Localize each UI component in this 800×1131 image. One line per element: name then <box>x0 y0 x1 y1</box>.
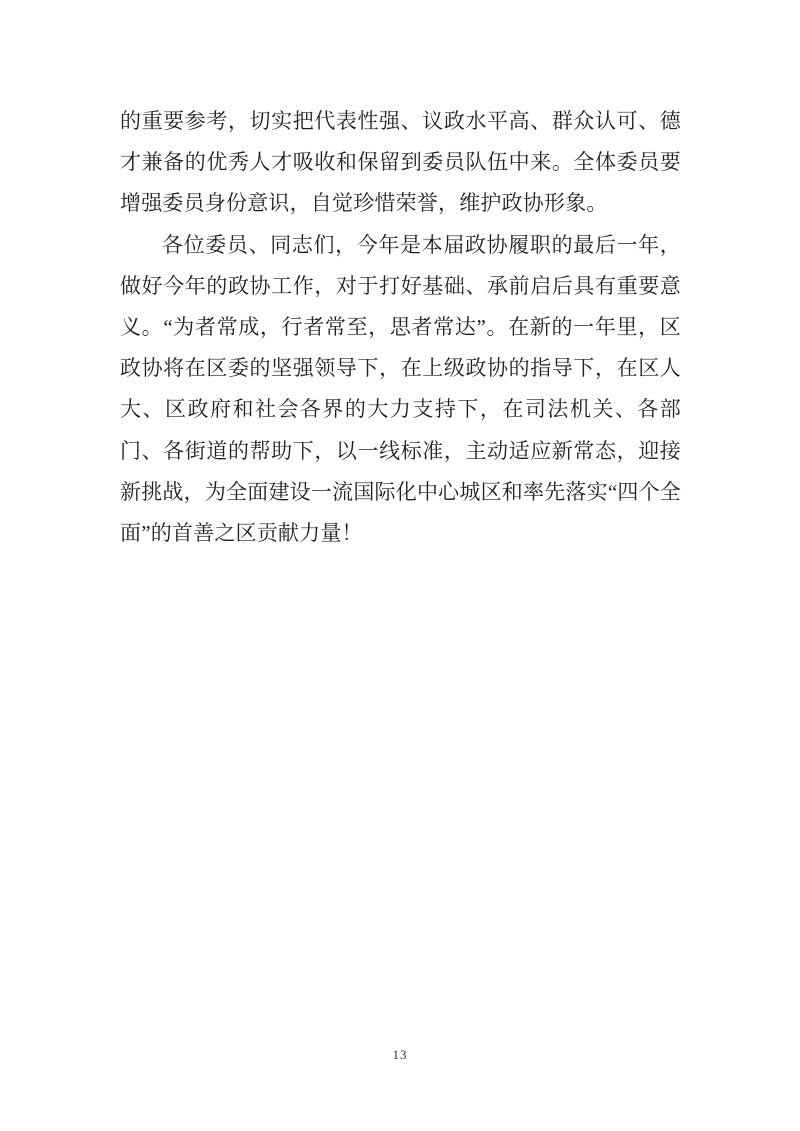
document-body: 的重要参考，切实把代表性强、议政水平高、群众认可、德才兼备的优秀人才吸收和保留到… <box>120 101 681 554</box>
page-number: 13 <box>393 1047 408 1063</box>
document-page: 的重要参考，切实把代表性强、议政水平高、群众认可、德才兼备的优秀人才吸收和保留到… <box>0 0 800 1131</box>
paragraph-closing: 各位委员、同志们，今年是本届政协履职的最后一年，做好今年的政协工作，对于打好基础… <box>120 225 681 555</box>
paragraph-continuation: 的重要参考，切实把代表性强、议政水平高、群众认可、德才兼备的优秀人才吸收和保留到… <box>120 101 681 225</box>
page-footer: 13 <box>0 1046 800 1064</box>
